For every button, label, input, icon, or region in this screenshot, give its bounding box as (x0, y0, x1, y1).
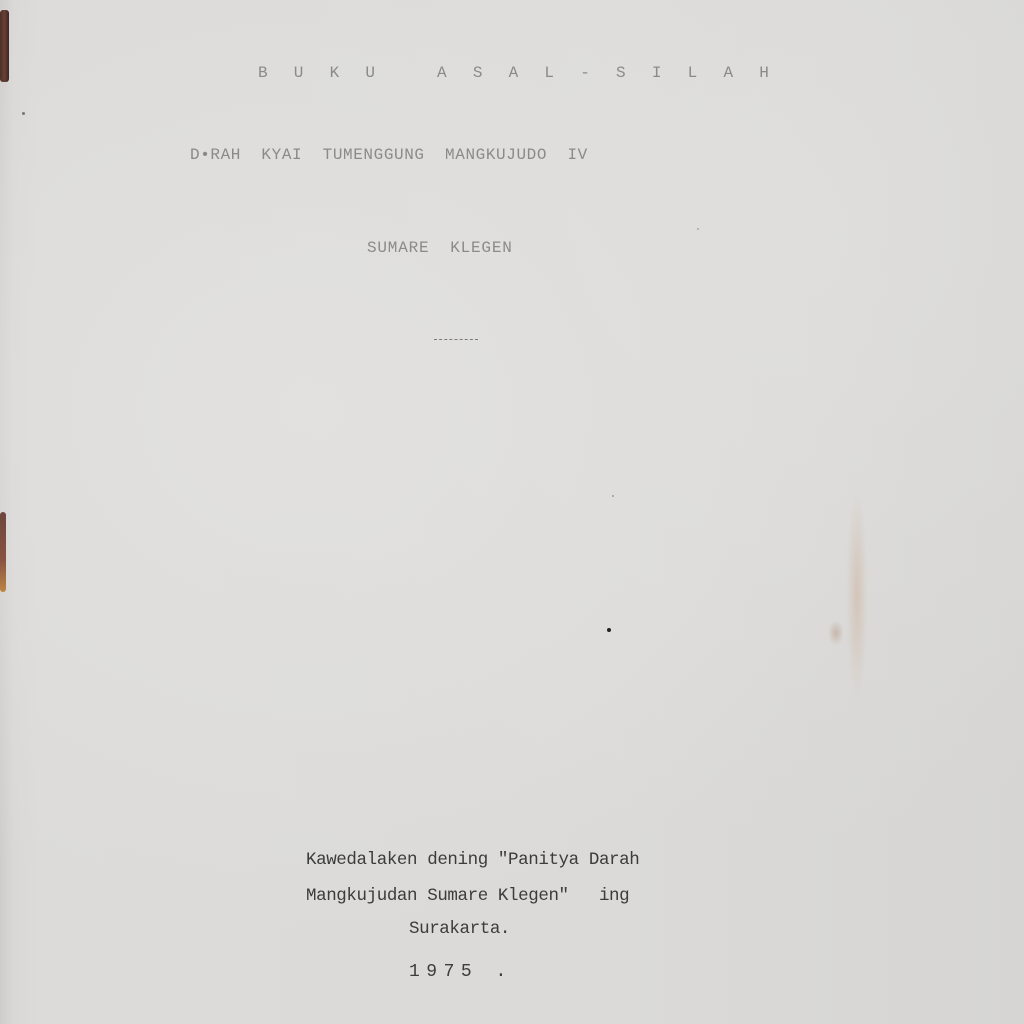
document-page: B U K U A S A L - S I L A H D•RAH KYAI T… (0, 0, 1024, 1024)
publication-year: 1975 . (409, 962, 513, 982)
water-stain (846, 490, 868, 700)
ink-speck (607, 628, 611, 632)
ink-speck (612, 495, 614, 497)
ink-speck (697, 228, 699, 230)
ink-speck (22, 112, 25, 115)
separator-rule (434, 339, 478, 340)
publisher-line-2: Mangkujudan Sumare Klegen" ing (306, 886, 629, 906)
document-place: SUMARE KLEGEN (367, 239, 513, 257)
publisher-city: Surakarta. (409, 919, 510, 939)
document-title: B U K U A S A L - S I L A H (258, 64, 777, 82)
document-subtitle: D•RAH KYAI TUMENGGUNG MANGKUJUDO IV (190, 146, 588, 164)
publisher-line-1: Kawedalaken dening "Panitya Darah (306, 850, 639, 870)
staple-top (0, 10, 9, 82)
water-stain-spot (828, 620, 844, 646)
staple-middle (0, 512, 6, 592)
